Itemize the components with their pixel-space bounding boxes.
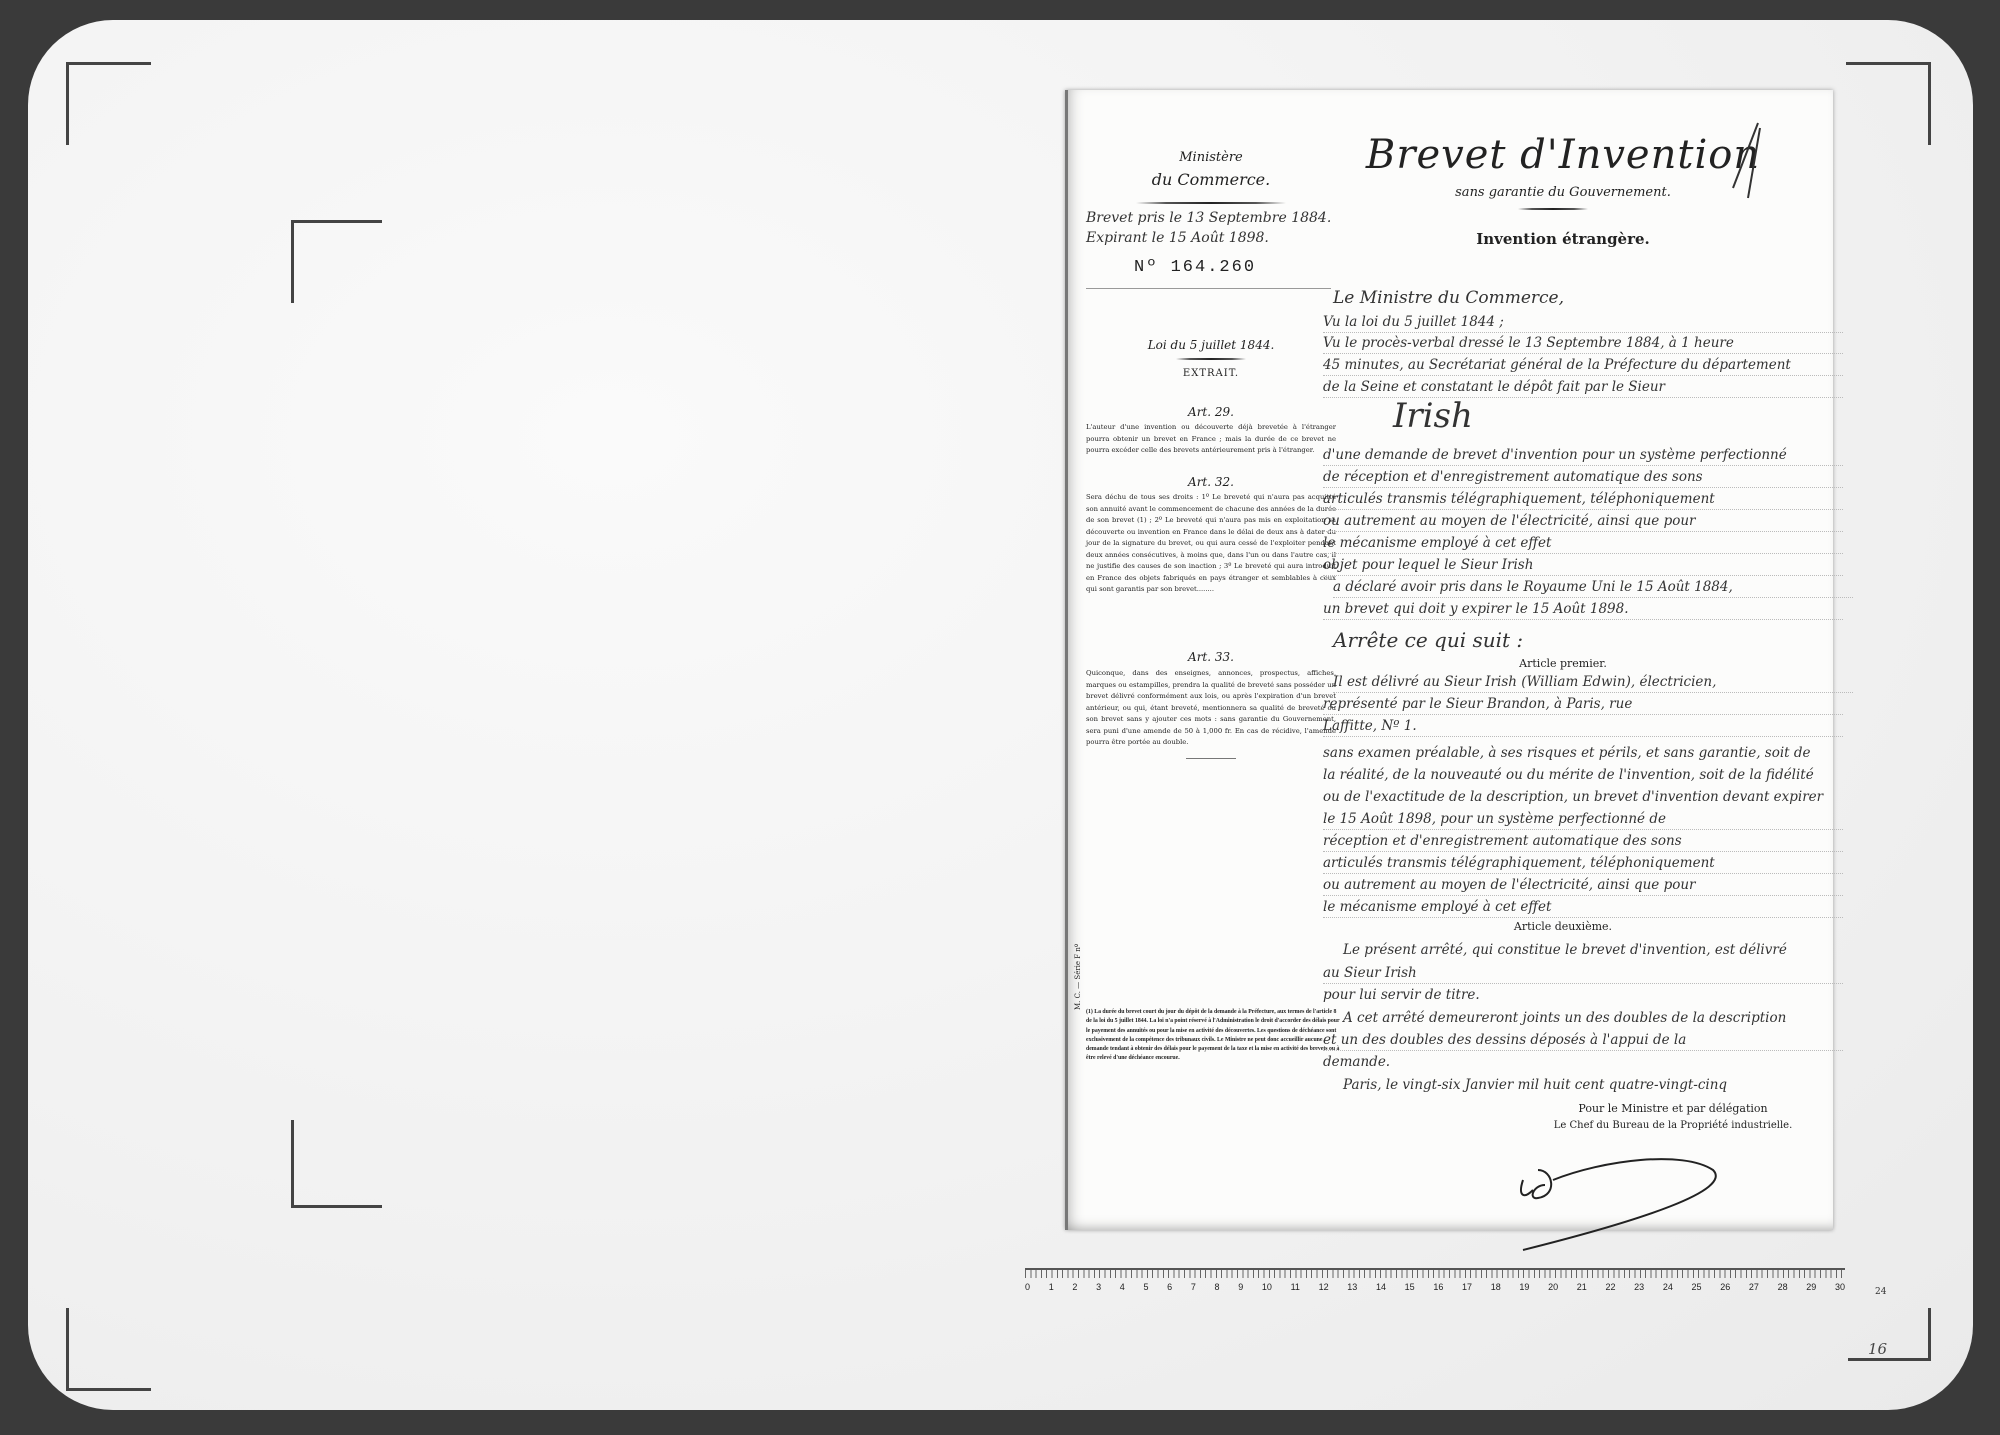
ruler-label: 14 xyxy=(1376,1282,1386,1302)
title-divider xyxy=(1518,208,1588,210)
ornament-divider xyxy=(1136,202,1286,204)
ruler-label: 15 xyxy=(1405,1282,1415,1302)
ruler-label: 2 xyxy=(1072,1282,1077,1302)
article-2-line-1: Le présent arrêté, qui constitue le brev… xyxy=(1343,940,1863,960)
ruler-label: 30 xyxy=(1835,1282,1845,1302)
request-line-1: d'une demande de brevet d'invention pour… xyxy=(1323,445,1843,466)
preamble-proces-verbal: Vu le procès-verbal dressé le 13 Septemb… xyxy=(1323,333,1843,354)
ruler-label: 13 xyxy=(1347,1282,1357,1302)
article-2-heading: Article deuxième. xyxy=(1303,920,1823,933)
article-end-rule xyxy=(1186,758,1236,759)
preamble-department: de la Seine et constatant le dépôt fait … xyxy=(1323,377,1843,398)
request-line-5: le mécanisme employé à cet effet xyxy=(1323,533,1843,554)
ruler-label: 19 xyxy=(1519,1282,1529,1302)
article-1-line-11: le mécanisme employé à cet effet xyxy=(1323,897,1843,918)
article-2-line-3: pour lui servir de titre. xyxy=(1323,985,1843,1005)
signatory-line-2: Le Chef du Bureau de la Propriété indust… xyxy=(1523,1120,1823,1131)
request-line-2: de réception et d'enregistrement automat… xyxy=(1323,467,1843,488)
article-1-line-7: le 15 Août 1898, pour un système perfect… xyxy=(1323,809,1843,830)
ruler-label: 25 xyxy=(1692,1282,1702,1302)
request-line-8: un brevet qui doit y expirer le 15 Août … xyxy=(1323,599,1843,620)
preamble-law: Vu la loi du 5 juillet 1844 ; xyxy=(1323,312,1843,333)
crop-mark-top-left-outer xyxy=(66,62,151,145)
ruler-label: 24 xyxy=(1663,1282,1673,1302)
ruler-label: 0 xyxy=(1025,1282,1030,1302)
ruler-side-mark: 24 xyxy=(1875,1287,1886,1297)
article-33-label: Art. 33. xyxy=(1086,650,1336,664)
ruler-labels: 0 1 2 3 4 5 6 7 8 9 10 11 12 13 14 15 16… xyxy=(1025,1282,1845,1302)
folio-number: 16 xyxy=(1868,1340,1887,1358)
crop-mark-top-right-outer xyxy=(1846,62,1931,145)
ruler-label: 8 xyxy=(1215,1282,1220,1302)
article-1-line-9: articulés transmis télégraphiquement, té… xyxy=(1323,853,1843,874)
decree-heading: Arrête ce qui suit : xyxy=(1333,628,1523,652)
article-2-line-6: demande. xyxy=(1323,1052,1843,1072)
ruler-label: 22 xyxy=(1605,1282,1615,1302)
ruler-label: 1 xyxy=(1049,1282,1054,1302)
ruler-label: 23 xyxy=(1634,1282,1644,1302)
article-1-line-10: ou autrement au moyen de l'électricité, … xyxy=(1323,875,1843,896)
extract-heading: EXTRAIT. xyxy=(1086,368,1336,379)
ruler-label: 11 xyxy=(1291,1282,1300,1302)
law-divider xyxy=(1176,358,1246,360)
margin-series-note: M. C. — Série F nº xyxy=(1074,944,1082,1010)
article-2-line-2: au Sieur Irish xyxy=(1323,963,1843,984)
article-1-line-4: sans examen préalable, à ses risques et … xyxy=(1323,743,1843,763)
article-33-text: Quiconque, dans des enseignes, annonces,… xyxy=(1086,668,1336,749)
ruler-label: 20 xyxy=(1548,1282,1558,1302)
ruler-label: 9 xyxy=(1238,1282,1243,1302)
article-2-line-5: et un des doubles des dessins déposés à … xyxy=(1323,1030,1843,1051)
crop-mark-bottom-left-outer xyxy=(66,1308,151,1391)
article-2-line-4: A cet arrêté demeureront joints un des d… xyxy=(1343,1008,1863,1028)
ruler-label: 28 xyxy=(1778,1282,1788,1302)
right-column: Brevet d'Invention sans garantie du Gouv… xyxy=(1303,90,1823,1230)
ruler-label: 29 xyxy=(1806,1282,1816,1302)
article-1-line-3: Laffitte, Nº 1. xyxy=(1323,716,1843,737)
ruler-label: 3 xyxy=(1096,1282,1101,1302)
ruler-label: 26 xyxy=(1720,1282,1730,1302)
ruler-label: 16 xyxy=(1433,1282,1443,1302)
ruler-label: 17 xyxy=(1462,1282,1472,1302)
crop-mark-bottom-right-outer xyxy=(1848,1308,1931,1361)
request-line-3: articulés transmis télégraphiquement, té… xyxy=(1323,489,1843,510)
preamble-minister: Le Ministre du Commerce, xyxy=(1333,288,1853,308)
article-29-text: L'auteur d'une invention ou découverte d… xyxy=(1086,422,1336,457)
preamble-time: 45 minutes, au Secrétariat général de la… xyxy=(1323,355,1843,376)
crop-mark-top-left-inner xyxy=(291,220,382,303)
ruler-label: 10 xyxy=(1262,1282,1272,1302)
ruler-label: 5 xyxy=(1143,1282,1148,1302)
article-29-label: Art. 29. xyxy=(1086,405,1336,419)
ruler-label: 18 xyxy=(1491,1282,1501,1302)
article-1-line-6: ou de l'exactitude de la description, un… xyxy=(1323,787,1843,807)
article-1-line-5: la réalité, de la nouveauté ou du mérite… xyxy=(1323,765,1843,785)
article-1-heading: Article premier. xyxy=(1303,657,1823,670)
ruler-label: 27 xyxy=(1749,1282,1759,1302)
article-1-line-1: Il est délivré au Sieur Irish (William E… xyxy=(1333,672,1853,693)
request-line-4: ou autrement au moyen de l'électricité, … xyxy=(1323,511,1843,532)
request-line-7: a déclaré avoir pris dans le Royaume Uni… xyxy=(1333,577,1853,598)
request-line-6: objet pour lequel le Sieur Irish xyxy=(1323,555,1843,576)
article-32-text: Sera déchu de tous ses droits : 1º Le br… xyxy=(1086,492,1336,596)
ministry-line1: Ministère xyxy=(1086,150,1336,165)
crop-mark-bottom-left-inner xyxy=(291,1120,382,1208)
ministry-line2: du Commerce. xyxy=(1086,170,1336,189)
ruler-label: 7 xyxy=(1191,1282,1196,1302)
article-1-line-2: représenté par le Sieur Brandon, à Paris… xyxy=(1323,694,1843,715)
ruler-label: 6 xyxy=(1167,1282,1172,1302)
patent-document: Ministère du Commerce. Brevet pris le 13… xyxy=(1065,90,1833,1230)
applicant-name: Irish xyxy=(1393,396,1473,436)
ruler-label: 4 xyxy=(1120,1282,1125,1302)
signatory-line-1: Pour le Ministre et par délégation xyxy=(1523,1102,1823,1115)
header-rule xyxy=(1086,288,1331,289)
signature xyxy=(1483,1140,1743,1260)
ruler-label: 21 xyxy=(1577,1282,1587,1302)
article-1-line-8: réception et d'enregistrement automatiqu… xyxy=(1323,831,1843,852)
invention-category: Invention étrangère. xyxy=(1303,230,1823,248)
law-title: Loi du 5 juillet 1844. xyxy=(1086,338,1336,352)
handwritten-corner-mark xyxy=(1718,118,1778,208)
issue-date-line: Paris, le vingt-six Janvier mil huit cen… xyxy=(1343,1075,1863,1095)
ruler-label: 12 xyxy=(1319,1282,1329,1302)
patent-number: Nº 164.260 xyxy=(1134,258,1256,277)
article-32-label: Art. 32. xyxy=(1086,475,1336,489)
